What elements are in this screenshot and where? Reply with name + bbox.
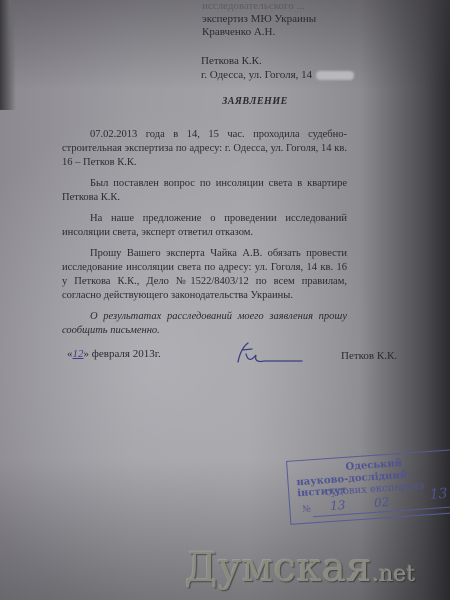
paper-edge-left [0, 0, 16, 110]
sender-name: Петкова К.К. [201, 55, 354, 69]
signature-icon [230, 340, 305, 368]
date-line: «12» февраля 2013г. [67, 348, 161, 360]
watermark-main: Думская [185, 545, 372, 591]
redacted-mark [316, 71, 354, 80]
quote-close: » [84, 348, 90, 360]
sender-address: г. Одесса, ул. Гоголя, 14 [201, 69, 312, 81]
sender-block: Петкова К.К. г. Одесса, ул. Гоголя, 14 [201, 55, 354, 83]
addressee-line: экспертиз МЮ Украины [202, 13, 316, 26]
institute-stamp: Одеський науково-дослідний інститут судо… [286, 449, 450, 525]
date-day-handwritten: 12 [73, 348, 84, 360]
stamp-month: 02 [374, 497, 390, 509]
addressee-line: Кравченко А.Н. [202, 26, 316, 39]
watermark-logo: Думская.net [185, 545, 415, 591]
paragraph: 07.02.2013 года в 14, 15 час. проходила … [62, 128, 347, 170]
stamp-number-label: № [302, 504, 311, 516]
paragraph: Был поставлен вопрос по инсоляции света … [62, 177, 347, 205]
date-month-year: февраля 2013г. [92, 348, 161, 360]
addressee-line: исследовательского ... [202, 0, 316, 13]
paragraph: О результатах расследований моего заявле… [62, 310, 347, 338]
watermark-suffix: .net [372, 562, 415, 587]
stamp-year: 13 [429, 489, 448, 501]
statement-body: 07.02.2013 года в 14, 15 час. проходила … [62, 128, 347, 345]
addressee-block: исследовательского ... экспертиз МЮ Укра… [202, 0, 316, 39]
sender-address-line: г. Одесса, ул. Гоголя, 14 [201, 69, 354, 83]
paragraph: На наше предложение о проведении исследо… [62, 212, 347, 240]
stamp-day: 13 [330, 500, 346, 512]
signer-name: Петков К.К. [341, 350, 397, 362]
document-title: ЗАЯВЛЕНИЕ [60, 96, 450, 107]
paragraph: Прошу Вашего эксперта Чайка А.В. обязать… [62, 247, 347, 303]
